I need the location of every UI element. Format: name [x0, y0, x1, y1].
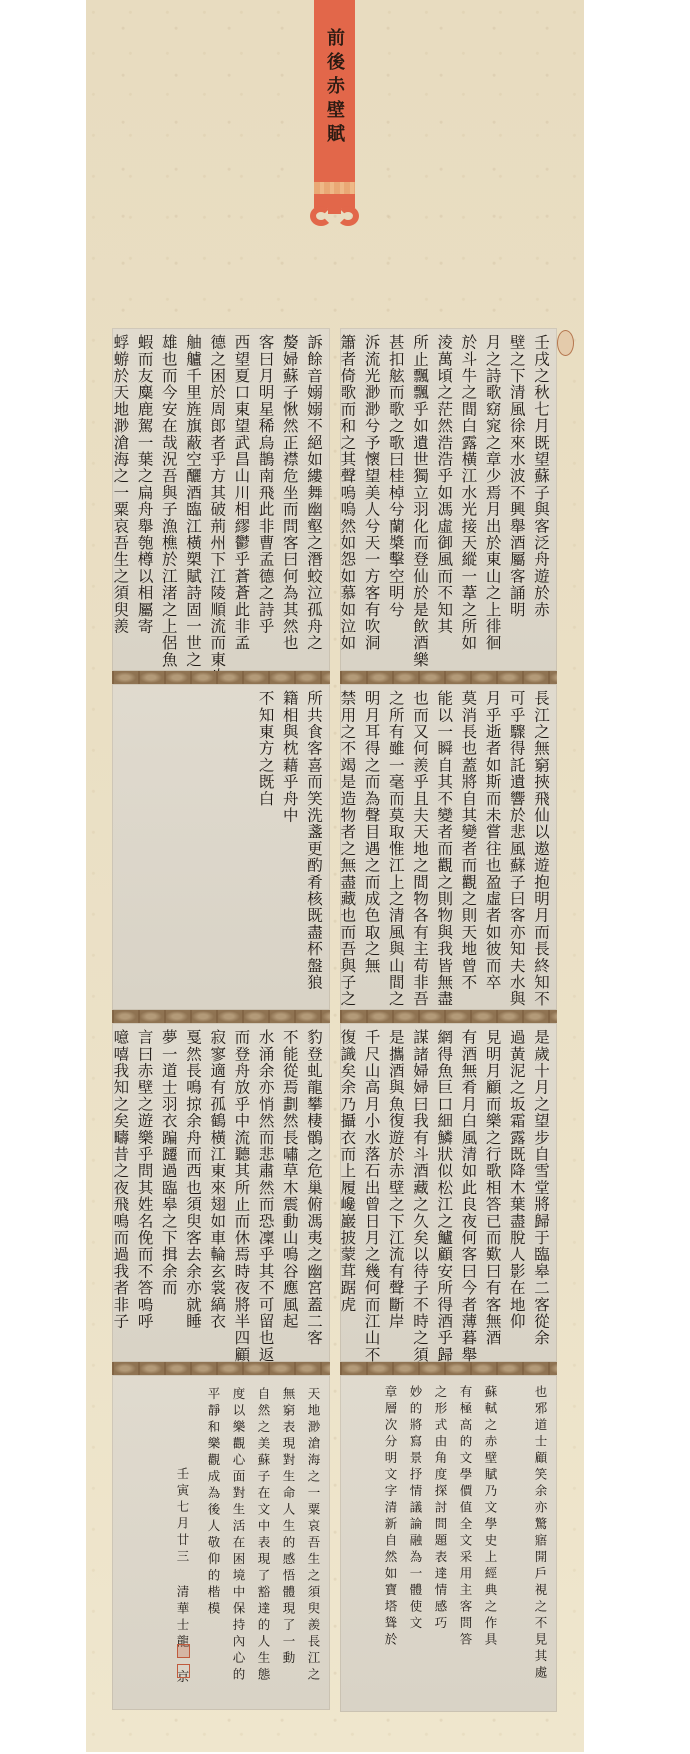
panel-section-1-left: 訴餘音嫋嫋不絕如縷舞幽壑之潛蛟泣孤舟之 嫠婦蘇子愀然正襟危坐而問客曰何為其然也 …: [112, 328, 330, 671]
calligraphy-text: 是歲十月之望步自雪堂將歸于臨皋二客從余 過黃泥之坂霜露既降木葉盡脫人影在地仰 見…: [340, 1029, 553, 1356]
brocade-divider-band: [112, 1010, 330, 1023]
scroll-title: 前後赤壁賦: [314, 28, 355, 148]
red-seal-icon: [177, 1664, 190, 1678]
brocade-divider-band: [112, 671, 330, 684]
panel-section-4-left: 天地渺滄海之一粟哀吾生之須臾羨長江之 無窮表現對生命人生的感悟體現了一動 自然之…: [112, 1375, 330, 1710]
panel-section-4-right: 也邪道士顧笑余亦驚寤開戶視之不見其處 蘇軾之赤壁賦乃文學史上經典之作具 有極高的…: [340, 1375, 557, 1712]
title-label-strip: 前後赤壁賦: [314, 0, 355, 208]
brocade-divider-band: [340, 1010, 557, 1023]
cloud-ornament-band: [314, 182, 355, 194]
red-seal-icon: [177, 1644, 190, 1658]
calligraphy-and-commentary-text: 也邪道士顧笑余亦驚寤開戶視之不見其處 蘇軾之赤壁賦乃文學史上經典之作具 有極高的…: [378, 1385, 553, 1706]
panel-section-3-left: 豹登虬龍攀棲鶻之危巢俯馮夷之幽宮蓋二客 不能從焉劃然長嘯草木震動山鳴谷應風起 水…: [112, 1023, 330, 1362]
commentary-text: 天地渺滄海之一粟哀吾生之須臾羨長江之 無窮表現對生命人生的感悟體現了一動 自然之…: [201, 1387, 326, 1704]
oval-seal-icon: [557, 330, 574, 356]
calligraphy-text: 豹登虬龍攀棲鶻之危巢俯馮夷之幽宮蓋二客 不能從焉劃然長嘯草木震動山鳴谷應風起 水…: [112, 1029, 326, 1356]
brocade-divider-band: [112, 1362, 330, 1375]
panel-section-2-left: 所共食客喜而笑洗盞更酌肴核既盡杯盤狼 籍相與枕藉乎舟中 不知東方之既白: [112, 684, 330, 1010]
calligraphy-text: 所共食客喜而笑洗盞更酌肴核既盡杯盤狼 籍相與枕藉乎舟中 不知東方之既白: [253, 690, 326, 1004]
brocade-divider-band: [340, 671, 557, 684]
title-strip-cloud-foot-icon: [308, 206, 361, 228]
panel-section-3-right: 是歲十月之望步自雪堂將歸于臨皋二客從余 過黃泥之坂霜露既降木葉盡脫人影在地仰 見…: [340, 1023, 557, 1362]
panel-section-2-right: 長江之無窮挾飛仙以遨遊抱明月而長終知不 可乎驟得託遺響於悲風蘇子曰客亦知夫水與 …: [340, 684, 557, 1010]
brocade-divider-band: [340, 1362, 557, 1375]
panel-section-1-right: 壬戌之秋七月既望蘇子與客泛舟遊於赤 壁之下清風徐來水波不興舉酒屬客誦明 月之詩歌…: [340, 328, 557, 671]
calligraphy-text: 長江之無窮挾飛仙以遨遊抱明月而長終知不 可乎驟得託遺響於悲風蘇子曰客亦知夫水與 …: [340, 690, 553, 1004]
calligraphy-text: 訴餘音嫋嫋不絕如縷舞幽壑之潛蛟泣孤舟之 嫠婦蘇子愀然正襟危坐而問客曰何為其然也 …: [112, 334, 326, 665]
calligraphy-text: 壬戌之秋七月既望蘇子與客泛舟遊於赤 壁之下清風徐來水波不興舉酒屬客誦明 月之詩歌…: [340, 334, 553, 665]
